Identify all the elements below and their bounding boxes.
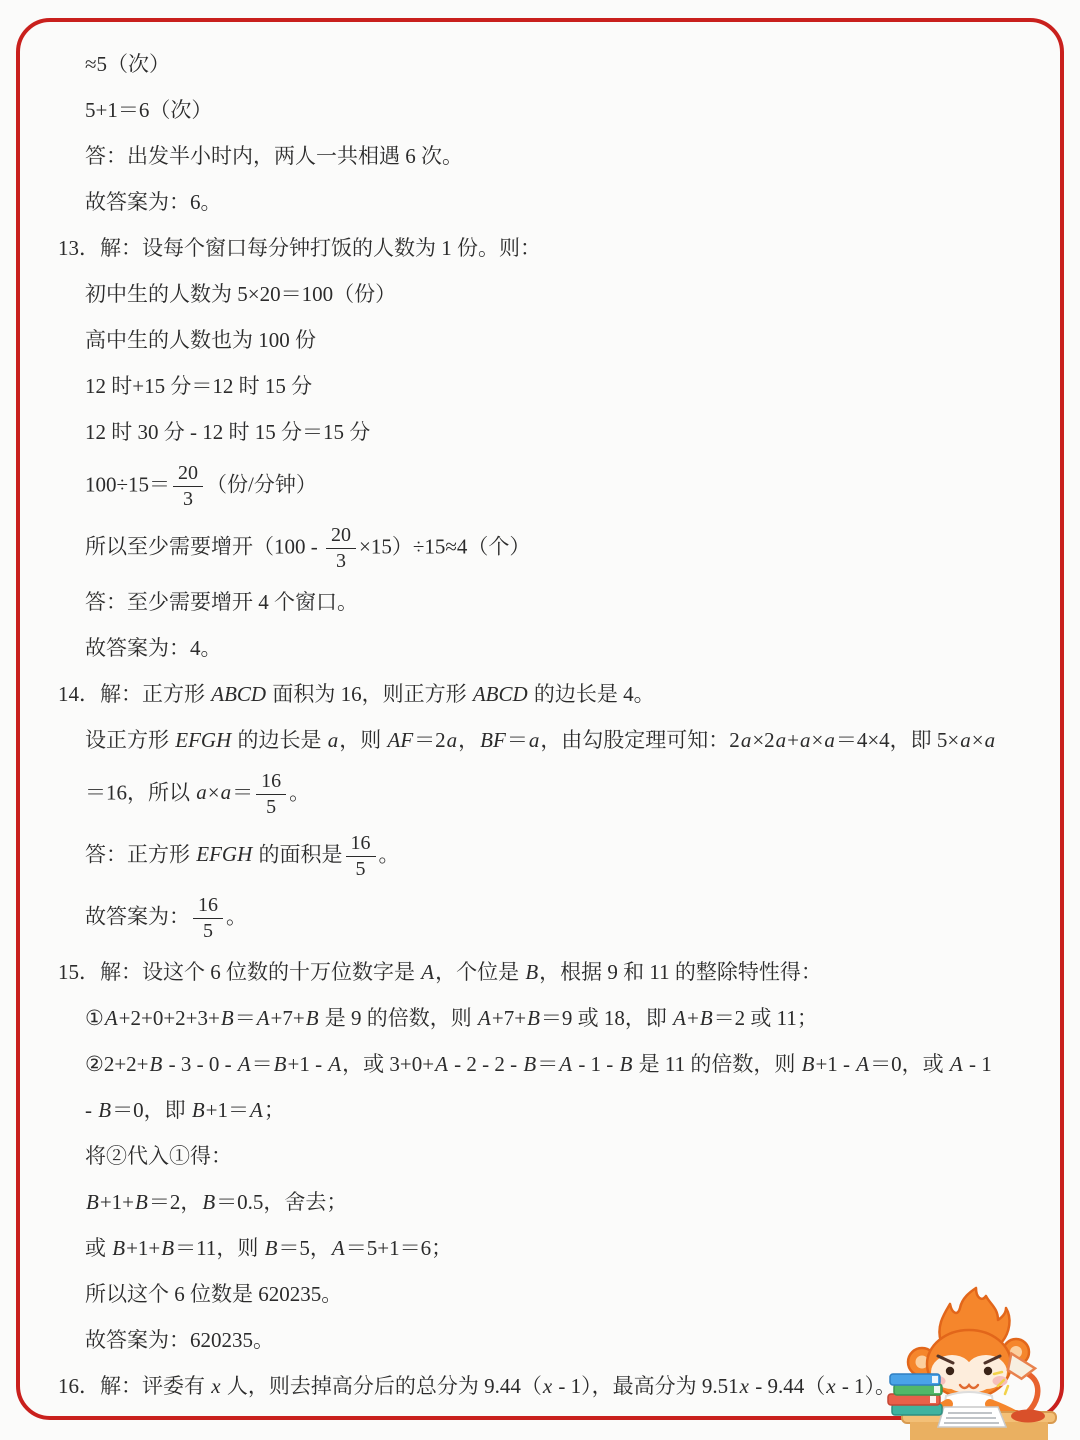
text-line: 答：至少需要增开 4 个窗口。 bbox=[58, 586, 1046, 619]
math-variable: A bbox=[949, 1052, 964, 1076]
math-variable: a bbox=[984, 728, 997, 752]
math-variable: a bbox=[327, 728, 340, 752]
math-variable: A bbox=[434, 1052, 449, 1076]
math-variable: AF bbox=[387, 728, 415, 752]
fraction: 165 bbox=[256, 770, 286, 819]
math-variable: A bbox=[327, 1052, 342, 1076]
text-line: 所以至少需要增开（100 - 203×15）÷15≈4（个） bbox=[58, 524, 1046, 573]
text-line: 5+1＝6（次） bbox=[58, 94, 1046, 127]
math-variable: A bbox=[558, 1052, 573, 1076]
solution-document: ≈5（次）5+1＝6（次）答：出发半小时内，两人一共相遇 6 次。故答案为：6。… bbox=[20, 18, 1060, 1420]
text-line: B+1+B＝2，B＝0.5，舍去； bbox=[58, 1186, 1046, 1219]
math-variable: a bbox=[446, 728, 459, 752]
math-variable: x bbox=[542, 1374, 553, 1398]
text-line: ＝16，所以 a×a＝165。 bbox=[58, 770, 1046, 819]
math-variable: a bbox=[775, 728, 788, 752]
math-variable: B bbox=[85, 1190, 100, 1214]
math-variable: B bbox=[149, 1052, 164, 1076]
text-line: 13．解：设每个窗口每分钟打饭的人数为 1 份。则： bbox=[58, 232, 1046, 265]
math-variable: a bbox=[220, 780, 233, 804]
text-line: 或 B+1+B＝11，则 B＝5，A＝5+1＝6； bbox=[58, 1232, 1046, 1265]
math-variable: B bbox=[522, 1052, 537, 1076]
math-variable: B bbox=[801, 1052, 816, 1076]
math-variable: A bbox=[477, 1006, 492, 1030]
math-variable: a bbox=[799, 728, 812, 752]
math-variable: EFGH bbox=[174, 728, 232, 752]
solution-lines: ≈5（次）5+1＝6（次）答：出发半小时内，两人一共相遇 6 次。故答案为：6。… bbox=[58, 48, 1046, 1403]
math-variable: A bbox=[855, 1052, 870, 1076]
text-line: 将②代入①得： bbox=[58, 1140, 1046, 1173]
text-line: 所以这个 6 位数是 620235。 bbox=[58, 1278, 1046, 1311]
math-variable: ABCD bbox=[210, 682, 267, 706]
text-line: 14．解：正方形 ABCD 面积为 16，则正方形 ABCD 的边长是 4。 bbox=[58, 678, 1046, 711]
fraction: 165 bbox=[193, 894, 223, 943]
math-variable: A bbox=[672, 1006, 687, 1030]
math-variable: EFGH bbox=[195, 842, 253, 866]
math-variable: B bbox=[526, 1006, 541, 1030]
fraction: 203 bbox=[326, 524, 356, 573]
text-line: 15．解：设这个 6 位数的十万位数字是 A，个位是 B，根据 9 和 11 的… bbox=[58, 956, 1046, 989]
math-variable: a bbox=[195, 780, 208, 804]
text-line: 设正方形 EFGH 的边长是 a，则 AF＝2a，BF＝a，由勾股定理可知：2a… bbox=[58, 724, 1046, 757]
math-variable: B bbox=[220, 1006, 235, 1030]
math-variable: B bbox=[524, 960, 539, 984]
math-variable: a bbox=[959, 728, 972, 752]
math-variable: a bbox=[740, 728, 753, 752]
text-line: ①A+2+0+2+3+B＝A+7+B 是 9 的倍数，则 A+7+B＝9 或 1… bbox=[58, 1002, 1046, 1035]
text-line: 故答案为：165。 bbox=[58, 894, 1046, 943]
text-line: 故答案为：620235。 bbox=[58, 1324, 1046, 1357]
text-line: 故答案为：6。 bbox=[58, 186, 1046, 219]
text-line: ②2+2+B - 3 - 0 - A＝B+1 - A，或 3+0+A - 2 -… bbox=[58, 1048, 1046, 1081]
math-variable: B bbox=[699, 1006, 714, 1030]
math-variable: A bbox=[249, 1098, 264, 1122]
text-line: 100÷15＝203（份/分钟） bbox=[58, 462, 1046, 511]
math-variable: B bbox=[160, 1236, 175, 1260]
text-line: 高中生的人数也为 100 份 bbox=[58, 324, 1046, 357]
fraction: 203 bbox=[173, 462, 203, 511]
math-variable: B bbox=[111, 1236, 126, 1260]
math-variable: B bbox=[619, 1052, 634, 1076]
math-variable: ABCD bbox=[472, 682, 529, 706]
text-line: 答：出发半小时内，两人一共相遇 6 次。 bbox=[58, 140, 1046, 173]
math-variable: B bbox=[264, 1236, 279, 1260]
math-variable: B bbox=[273, 1052, 288, 1076]
text-line: 12 时 30 分 - 12 时 15 分＝15 分 bbox=[58, 416, 1046, 449]
math-variable: B bbox=[305, 1006, 320, 1030]
math-variable: x bbox=[739, 1374, 750, 1398]
fraction: 165 bbox=[346, 832, 376, 881]
math-variable: a bbox=[823, 728, 836, 752]
text-line: 故答案为：4。 bbox=[58, 632, 1046, 665]
text-line: 初中生的人数为 5×20＝100（份） bbox=[58, 278, 1046, 311]
math-variable: x bbox=[825, 1374, 836, 1398]
text-line: 16．解：评委有 x 人，则去掉高分后的总分为 9.44（x - 1），最高分为… bbox=[58, 1370, 1046, 1403]
math-variable: A bbox=[420, 960, 435, 984]
math-variable: B bbox=[97, 1098, 112, 1122]
math-variable: A bbox=[331, 1236, 346, 1260]
math-variable: A bbox=[237, 1052, 252, 1076]
text-line: 答：正方形 EFGH 的面积是165。 bbox=[58, 832, 1046, 881]
math-variable: B bbox=[134, 1190, 149, 1214]
text-line: ≈5（次） bbox=[58, 48, 1046, 81]
math-variable: A bbox=[104, 1006, 119, 1030]
math-variable: BF bbox=[479, 728, 507, 752]
math-variable: A bbox=[256, 1006, 271, 1030]
text-line: - B＝0，即 B+1＝A； bbox=[58, 1094, 1046, 1127]
math-variable: a bbox=[528, 728, 541, 752]
math-variable: B bbox=[191, 1098, 206, 1122]
text-line: 12 时+15 分＝12 时 15 分 bbox=[58, 370, 1046, 403]
math-variable: B bbox=[201, 1190, 216, 1214]
math-variable: x bbox=[210, 1374, 221, 1398]
